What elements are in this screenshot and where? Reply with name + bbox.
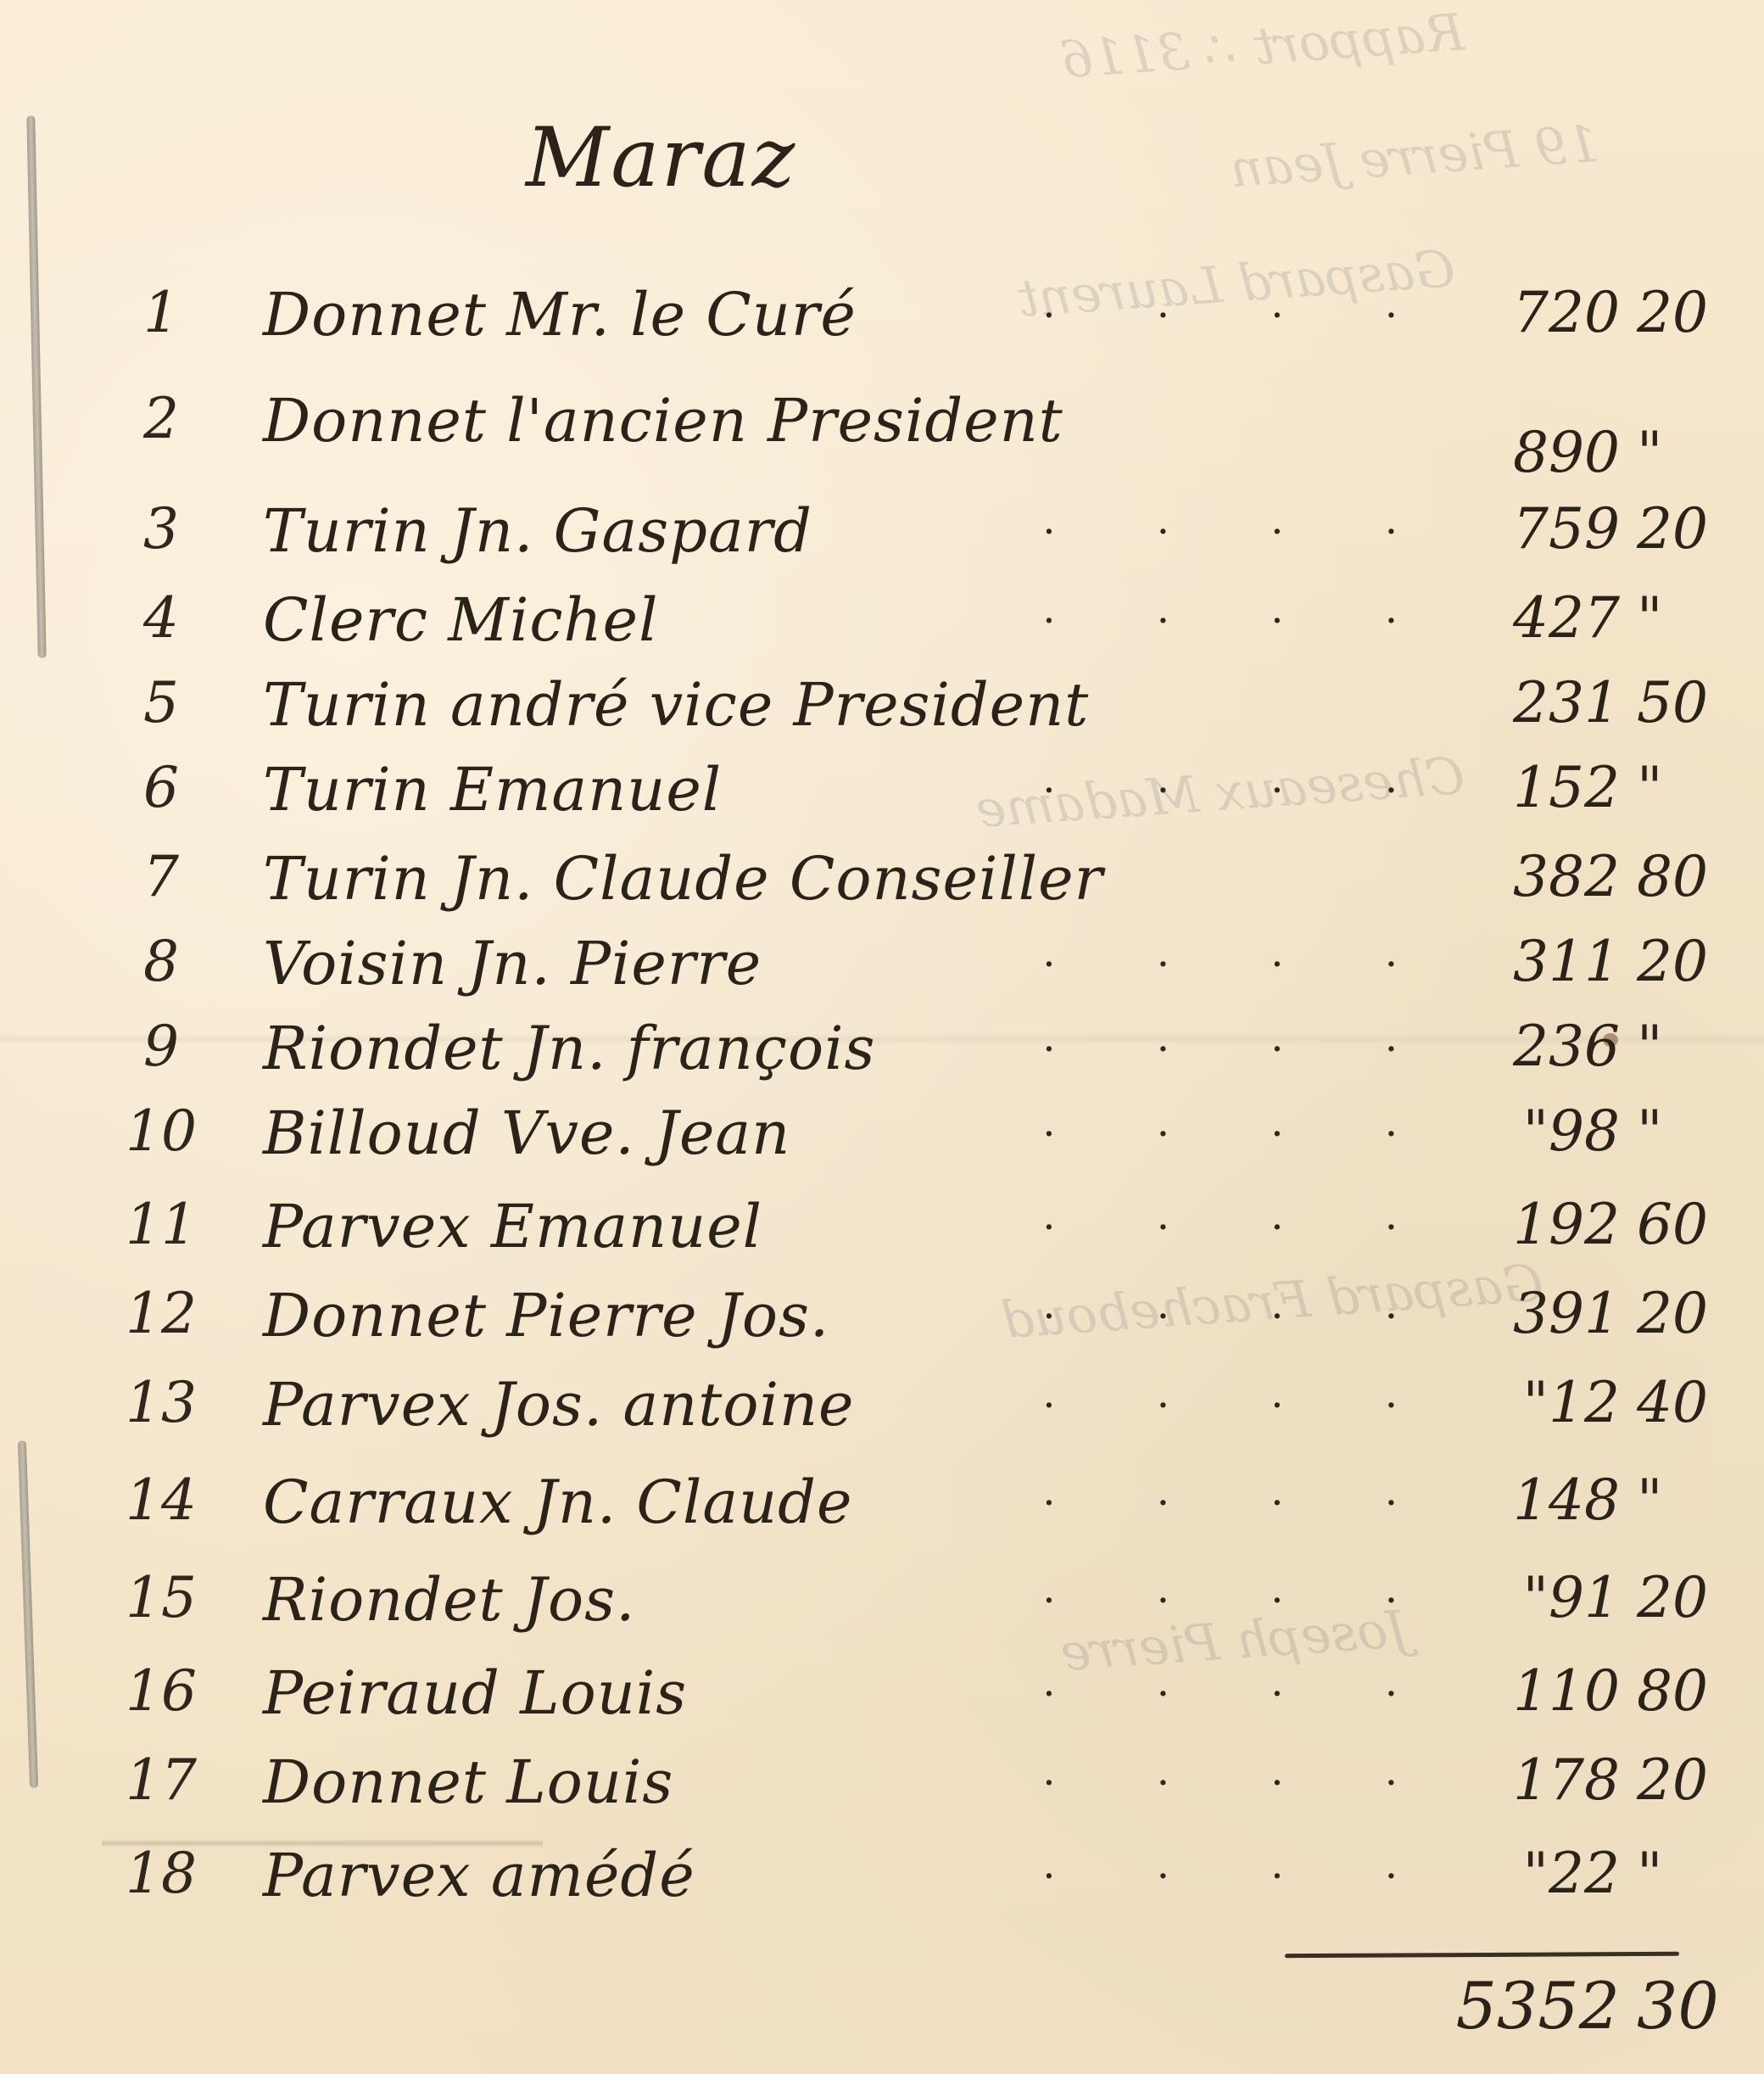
entry-number: 16 <box>110 1658 212 1724</box>
leader-dots: . . . . <box>1042 280 1442 327</box>
entry-sols: " <box>1637 420 1739 485</box>
entry-livres: "22 <box>1433 1841 1620 1906</box>
entry-sols: 50 <box>1637 670 1739 735</box>
entry-name: Billoud Vve. Jean <box>263 1098 790 1168</box>
entry-name: Donnet Pierre Jos. <box>263 1281 829 1350</box>
entry-number: 11 <box>110 1192 212 1257</box>
entry-livres: 192 <box>1433 1192 1620 1257</box>
entry-sols: " <box>1637 1014 1739 1079</box>
entry-livres: 890 <box>1433 420 1620 485</box>
leader-dots: . . . . <box>1042 929 1442 976</box>
entry-number: 15 <box>110 1565 212 1630</box>
leader-dots: . . . . <box>1042 1370 1442 1417</box>
entry-number: 7 <box>110 844 212 909</box>
entry-name: Carraux Jn. Claude <box>263 1467 852 1537</box>
entry-livres: "12 <box>1433 1370 1620 1435</box>
entry-livres: 110 <box>1433 1658 1620 1724</box>
leader-dots: . . . . <box>1042 1192 1442 1239</box>
entry-name: Riondet Jos. <box>263 1565 635 1635</box>
ledger-row: 14 Carraux Jn. Claude . . . . 148 " <box>0 1467 1764 1552</box>
leader-dots: . . . . <box>1042 1098 1442 1146</box>
entry-sols: 20 <box>1637 929 1739 994</box>
entry-name: Turin Jn. Gaspard <box>263 496 812 566</box>
entry-livres: 311 <box>1433 929 1620 994</box>
ledger-row: 13 Parvex Jos. antoine . . . . "12 40 <box>0 1370 1764 1455</box>
page-title: Maraz <box>526 110 796 205</box>
entry-number: 8 <box>110 929 212 994</box>
entry-livres: "98 <box>1433 1098 1620 1164</box>
leader-dots: . . . . <box>1042 1281 1442 1328</box>
entry-sols: 20 <box>1637 1281 1739 1346</box>
ledger-row: 15 Riondet Jos. . . . . "91 20 <box>0 1565 1764 1650</box>
entry-name: Peiraud Louis <box>263 1658 687 1728</box>
ledger-row: 16 Peiraud Louis . . . . 110 80 <box>0 1658 1764 1743</box>
leader-dots: . . . . <box>1042 1467 1442 1515</box>
entry-number: 13 <box>110 1370 212 1435</box>
entry-number: 1 <box>110 280 212 345</box>
ledger-row: 10 Billoud Vve. Jean . . . . "98 " <box>0 1098 1764 1183</box>
entry-sols: " <box>1637 1841 1739 1906</box>
entry-sols: " <box>1637 1467 1739 1533</box>
entry-number: 12 <box>110 1281 212 1346</box>
entry-livres: 236 <box>1433 1014 1620 1079</box>
ledger-row: 8 Voisin Jn. Pierre . . . . 311 20 <box>0 929 1764 1014</box>
entry-number: 2 <box>110 386 212 451</box>
entry-livres: 391 <box>1433 1281 1620 1346</box>
entry-sols: 80 <box>1637 844 1739 909</box>
entry-name: Turin andré vice President <box>263 670 1089 740</box>
entry-name: Parvex Emanuel <box>263 1192 762 1261</box>
total-sols: 30 <box>1637 1968 1747 2043</box>
entry-name: Donnet l'ancien President <box>263 386 1063 456</box>
entry-number: 6 <box>110 755 212 820</box>
entry-sols: " <box>1637 1098 1739 1164</box>
entry-number: 10 <box>110 1098 212 1164</box>
entry-name: Parvex amédé <box>263 1841 695 1910</box>
leader-dots: . . . . <box>1042 1565 1442 1613</box>
leader-dots: . . . . <box>1042 585 1442 633</box>
entry-name: Parvex Jos. antoine <box>263 1370 854 1440</box>
ledger-row: 1 Donnet Mr. le Curé . . . . 720 20 <box>0 280 1764 365</box>
ledger-row: 3 Turin Jn. Gaspard . . . . 759 20 <box>0 496 1764 581</box>
entry-livres: 148 <box>1433 1467 1620 1533</box>
entry-livres: 152 <box>1433 755 1620 820</box>
entry-livres: 178 <box>1433 1747 1620 1813</box>
ledger-row: 9 Riondet Jn. françois . . . . 236 " <box>0 1014 1764 1098</box>
leader-dots: . . . . <box>1042 1747 1442 1795</box>
entry-livres: 427 <box>1433 585 1620 651</box>
ledger-row: 2 Donnet l'ancien President 890 " <box>0 386 1764 471</box>
entry-livres: 231 <box>1433 670 1620 735</box>
leader-dots: . . . . <box>1042 1014 1442 1061</box>
ledger-row: 4 Clerc Michel . . . . 427 " <box>0 585 1764 670</box>
entry-number: 14 <box>110 1467 212 1533</box>
total-livres: 5352 <box>1357 1968 1620 2043</box>
leader-dots: . . . . <box>1042 1658 1442 1706</box>
entry-number: 5 <box>110 670 212 735</box>
entry-sols: 20 <box>1637 496 1739 562</box>
entry-sols: 20 <box>1637 280 1739 345</box>
entry-sols: " <box>1637 755 1739 820</box>
entry-sols: 60 <box>1637 1192 1739 1257</box>
entry-number: 17 <box>110 1747 212 1813</box>
leader-dots: . . . . <box>1042 496 1442 544</box>
ledger-row: 5 Turin andré vice President 231 50 <box>0 670 1764 755</box>
entry-sols: 20 <box>1637 1565 1739 1630</box>
entry-number: 3 <box>110 496 212 562</box>
entry-sols: " <box>1637 585 1739 651</box>
entry-livres: 382 <box>1433 844 1620 909</box>
ledger-row: 18 Parvex amédé . . . . "22 " <box>0 1841 1764 1926</box>
entry-number: 9 <box>110 1014 212 1079</box>
entry-name: Turin Jn. Claude Conseiller <box>263 844 1103 914</box>
entry-name: Turin Emanuel <box>263 755 722 825</box>
entry-name: Clerc Michel <box>263 585 658 655</box>
ledger-row: 6 Turin Emanuel . . . . 152 " <box>0 755 1764 840</box>
entry-name: Voisin Jn. Pierre <box>263 929 762 998</box>
entry-name: Riondet Jn. françois <box>263 1014 875 1083</box>
leader-dots: . . . . <box>1042 1841 1442 1888</box>
ledger-row: 11 Parvex Emanuel . . . . 192 60 <box>0 1192 1764 1277</box>
entry-number: 4 <box>110 585 212 651</box>
entry-sols: 20 <box>1637 1747 1739 1813</box>
entry-livres: 759 <box>1433 496 1620 562</box>
leader-dots: . . . . <box>1042 755 1442 802</box>
ledger-row: 7 Turin Jn. Claude Conseiller 382 80 <box>0 844 1764 929</box>
entry-sols: 40 <box>1637 1370 1739 1435</box>
entry-number: 18 <box>110 1841 212 1906</box>
entry-livres: "91 <box>1433 1565 1620 1630</box>
entry-name: Donnet Mr. le Curé <box>263 280 857 349</box>
entry-name: Donnet Louis <box>263 1747 673 1817</box>
ledger-row: 17 Donnet Louis . . . . 178 20 <box>0 1747 1764 1832</box>
ledger-row: 12 Donnet Pierre Jos. . . . . 391 20 <box>0 1281 1764 1366</box>
entry-sols: 80 <box>1637 1658 1739 1724</box>
entry-livres: 720 <box>1433 280 1620 345</box>
